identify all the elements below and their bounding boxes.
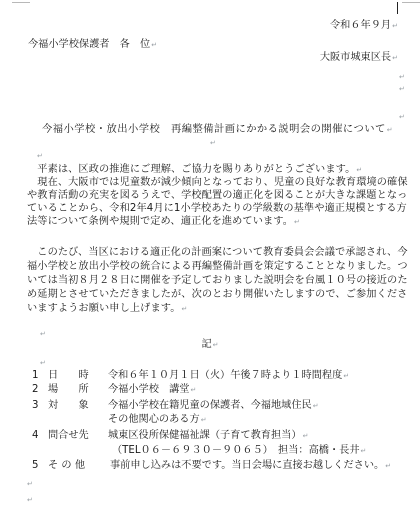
paragraph-line: このたび、当区における適正化の計画案について教育委員会会議で承認され、今	[27, 247, 408, 258]
contact-phone: （TEL０６－６９３０－９０６５） 担当：高橋・長井	[112, 445, 360, 456]
document-title[interactable]: 今福小学校・放出小学校 再編整備計画にかかる説明会の開催について↵	[42, 123, 393, 136]
date-line[interactable]: 令和６年９月↵	[330, 20, 398, 32]
paragraph-mark-icon: ↵	[213, 341, 219, 349]
item-contact[interactable]: 4 問合せ先 城東区役所保健福祉課（子育て教育担当）↵ （TEL０６－６９３０－…	[0, 430, 420, 458]
paragraph-mark-icon: ↵	[201, 416, 207, 424]
paragraph-mark-icon: ↵	[313, 402, 319, 410]
item-number: 1	[32, 370, 38, 382]
paragraph-mark-icon: ↵	[210, 139, 216, 147]
item-label: そ の 他	[48, 460, 85, 472]
paragraph-mark-icon: ↵	[399, 73, 405, 81]
paragraph-line: いては当初８月２８日に開催を予定しておりました説明会を台風１０号の接近のた	[27, 275, 408, 286]
item-label: 日 時	[48, 370, 89, 382]
paragraph-mark-icon: ↵	[182, 305, 188, 313]
page-corner-top-right	[402, 0, 420, 3]
page-corner-top-left	[12, 0, 30, 3]
paragraph-mark-icon: ↵	[385, 462, 391, 470]
item-target[interactable]: 3 対 象 今福小学校在籍児童の保護者、今福地域住民↵ その他関心のある方↵	[0, 400, 420, 428]
paragraph-mark-icon: ↵	[40, 359, 46, 367]
paragraph-line: 現在、大阪市では児童数が減少傾向となっており、児童の良好な教育環境の確保	[27, 177, 408, 188]
item-number: 3	[32, 400, 38, 412]
item-value-continued: その他関心のある方	[108, 414, 200, 425]
paragraph-line: 法等について条例や規則で定め、適正化を進めています。	[27, 216, 293, 227]
item-value: 城東区役所保健福祉課（子育て教育担当）	[108, 430, 302, 441]
sender-line[interactable]: 大阪市城東区長↵	[320, 52, 398, 64]
paragraph-mark-icon: ↵	[40, 330, 46, 338]
title-text: 今福小学校・放出小学校 再編整備計画にかかる説明会の開催について	[42, 123, 386, 135]
addressee: 今福小学校保護者 各 位	[28, 39, 150, 50]
item-number: 2	[32, 384, 38, 396]
paragraph-mark-icon: ↵	[343, 372, 349, 380]
ki-heading[interactable]: 記↵	[0, 339, 420, 351]
paragraph-mark-icon: ↵	[27, 480, 33, 488]
paragraph-line: や教育活動の充実を図るうえで、学校配置の適正化を図ることが大きな課題となっ	[27, 190, 407, 201]
paragraph-line: いますようお願い申し上げます。	[27, 303, 181, 314]
item-other[interactable]: 5 そ の 他 事前申し込みは不要です。当日会場に直接お越しください。↵	[0, 460, 420, 472]
paragraph-mark-icon: ↵	[151, 41, 157, 49]
item-value: 令和６年１０月１日（火）午後７時より１時間程度	[108, 370, 342, 381]
paragraph-line: 平素は、区政の推進にご理解、ご協力を賜りありがとうございます。	[27, 164, 355, 175]
sender: 大阪市城東区長	[320, 52, 391, 63]
addressee-line[interactable]: 今福小学校保護者 各 位↵	[28, 39, 157, 51]
paragraph-mark-icon: ↵	[387, 126, 393, 134]
item-label: 場 所	[48, 384, 89, 396]
paragraph-line: ていることから、令和2年4月に1小学校あたりの学級数の基準や適正規模とする方	[27, 203, 407, 214]
item-location[interactable]: 2 場 所 今福小学校 講堂↵	[0, 384, 420, 396]
paragraph-mark-icon: ↵	[392, 22, 398, 30]
item-value: 事前申し込みは不要です。当日会場に直接お越しください。	[110, 460, 384, 471]
paragraph-mark-icon: ↵	[37, 152, 43, 160]
paragraph-mark-icon: ↵	[294, 218, 300, 226]
paragraph-mark-icon: ↵	[399, 113, 405, 121]
paragraph-mark-icon: ↵	[361, 447, 367, 455]
item-label: 問合せ先	[48, 430, 89, 442]
paragraph-mark-icon: ↵	[399, 85, 405, 93]
item-value: 今福小学校 講堂	[108, 384, 190, 395]
item-number: 4	[32, 430, 38, 442]
item-label: 対 象	[48, 400, 89, 412]
text-cursor	[397, 2, 398, 14]
item-datetime[interactable]: 1 日 時 令和６年１０月１日（火）午後７時より１時間程度↵	[0, 370, 420, 382]
item-value: 今福小学校在籍児童の保護者、今福地域住民	[108, 400, 312, 411]
paragraph-mark-icon: ↵	[191, 386, 197, 394]
item-number: 5	[32, 460, 38, 472]
paragraph-line: 福小学校と放出小学校の統合による再編整備計画を策定することとなりました。つ	[27, 261, 408, 272]
paragraph-mark-icon: ↵	[356, 166, 362, 174]
ki-text: 記	[201, 339, 211, 350]
paragraph-line: め延期とさせていただきましたが、次のとおり開催いたしますので、ご参加くださ	[27, 289, 407, 300]
paragraph-mark-icon: ↵	[27, 496, 33, 504]
paragraph-mark-icon: ↵	[392, 54, 398, 62]
date: 令和６年９月	[330, 20, 391, 31]
paragraph-mark-icon: ↵	[303, 432, 309, 440]
